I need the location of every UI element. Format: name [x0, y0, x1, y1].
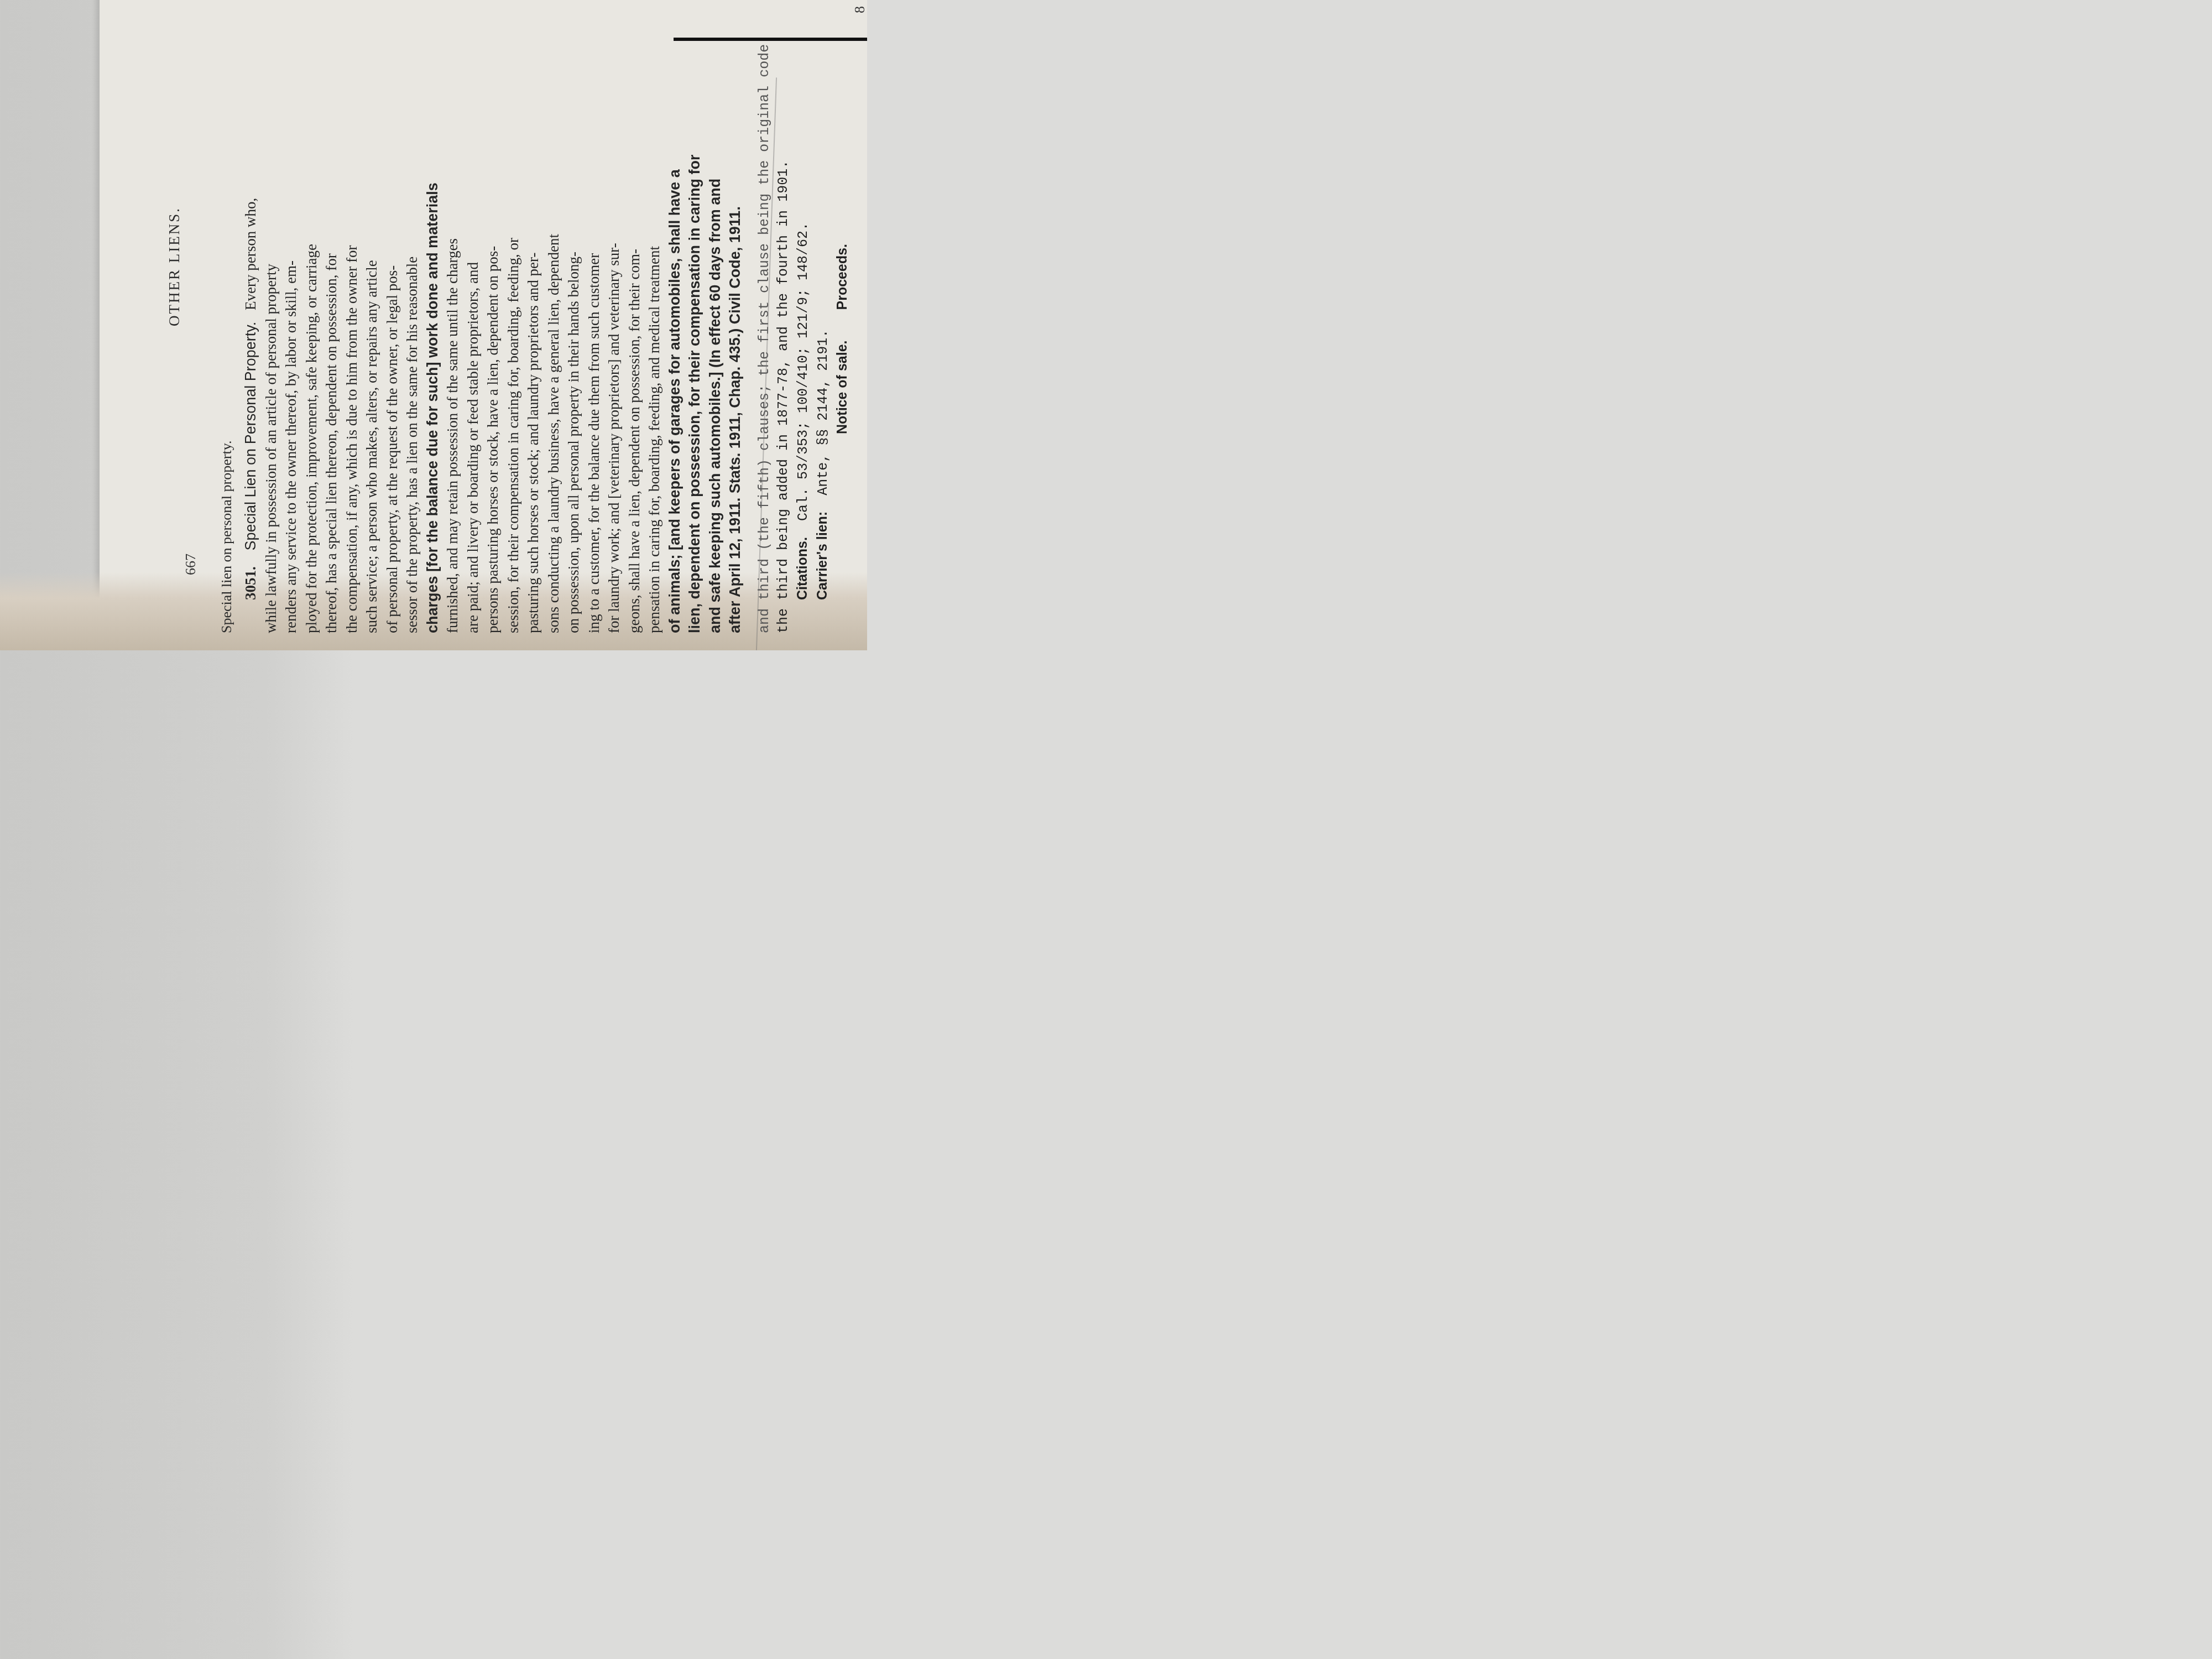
pasted-slip-edge: [674, 38, 867, 41]
section-line-0: Every person who,: [242, 198, 259, 310]
section-line: of personal property, at the request of …: [382, 47, 403, 633]
corner-page-number: 8: [852, 6, 867, 13]
history-line: and third (the fifth) clauses; the first…: [755, 47, 774, 633]
section-line: renders any service to the owner thereof…: [281, 47, 301, 633]
section-line: the compensation, if any, which is due t…: [342, 47, 362, 633]
running-head: OTHER LIENS.: [166, 207, 183, 326]
section-line: while lawfully in possession of an artic…: [261, 47, 281, 633]
section-title: Special Lien on Personal Property.: [242, 322, 259, 551]
main-text-block: Special lien on personal property. 3051.…: [218, 47, 853, 633]
section-line: pensation in caring for, boarding, feedi…: [644, 47, 665, 633]
section-line-amended: for laundry work; and [veterinary propri…: [604, 47, 624, 633]
section-line: persons pasturing horses or stock, have …: [483, 47, 503, 633]
notice-of-sale-label: Notice of sale.: [834, 341, 850, 435]
section-line: sons conducting a laundry business, have…: [544, 47, 564, 633]
section-line: furnished, and may retain possession of …: [442, 47, 463, 633]
margin-heading: Special lien on personal property.: [218, 47, 235, 633]
notice-line: Notice of sale. Proceeds.: [833, 47, 853, 633]
section-number: 3051.: [242, 566, 259, 600]
section-line: session, for their compensation in carin…: [503, 47, 524, 633]
citations-text: Cal. 53/353; 100/410; 121/9; 148/62.: [795, 222, 811, 521]
proceeds-label: Proceeds.: [834, 244, 850, 310]
section-line: such service; a person who makes, alters…: [362, 47, 382, 633]
section-line: pasturing such horses or stock; and laun…: [523, 47, 544, 633]
section-line: geons, shall have a lien, dependent on p…: [624, 47, 645, 633]
carriers-lien-label: Carrier's lien:: [815, 512, 830, 600]
citations-label: Citations.: [795, 537, 810, 600]
section-line-pasted: and safe keeping such automobiles.] (In …: [705, 47, 726, 633]
section-line-pasted: of animals; [and keepers of garages for …: [665, 47, 685, 633]
citations-line: Citations. Cal. 53/353; 100/410; 121/9; …: [793, 47, 813, 633]
history-notes: and third (the fifth) clauses; the first…: [755, 47, 853, 633]
carriers-lien-text: Ante, §§ 2144, 2191.: [815, 330, 831, 495]
section-line: ing to a customer, for the balance due t…: [584, 47, 604, 633]
section-line-amended: charges [for the balance due for such] w…: [422, 47, 443, 633]
carriers-lien-line: Carrier's lien: Ante, §§ 2144, 2191.: [813, 47, 833, 633]
section-body: 3051. Special Lien on Personal Property.…: [241, 47, 745, 633]
section-line-pasted: lien, dependent on possession, for their…: [685, 47, 705, 633]
section-line: are paid; and livery or boarding or feed…: [463, 47, 483, 633]
section-heading-line: 3051. Special Lien on Personal Property.…: [241, 47, 261, 633]
history-line: the third being added in 1877-78, and th…: [774, 47, 793, 633]
section-line: ployed for the protection, improvement, …: [301, 47, 322, 633]
section-line: thereof, has a special lien thereon, dep…: [321, 47, 342, 633]
section-line-pasted: after April 12, 1911. Stats. 1911, Chap.…: [725, 47, 745, 633]
page-content: 667 OTHER LIENS. 8 Special lien on perso…: [0, 0, 867, 650]
page-number: 667: [182, 554, 199, 575]
section-line: on possession, upon all personal propert…: [564, 47, 584, 633]
section-line: sessor of the property, has a lien on th…: [402, 47, 422, 633]
